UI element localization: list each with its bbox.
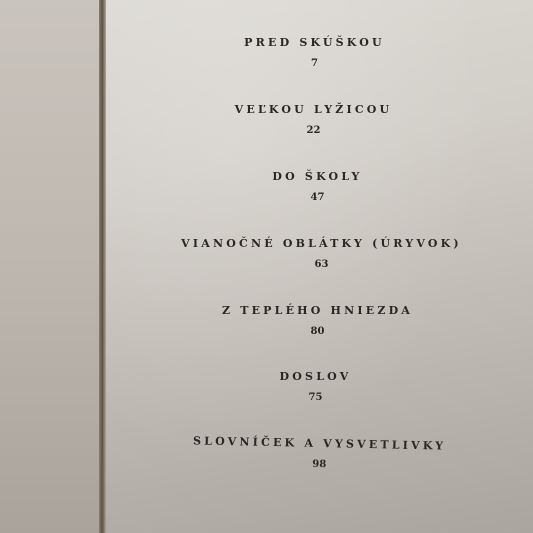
- left-page: [0, 0, 102, 533]
- toc-entry: DOSLOV 75: [102, 370, 529, 403]
- toc-entry-title: VEĽKOU LYŽICOU: [100, 103, 527, 116]
- toc-entry: Z TEPLÉHO HNIEZDA 80: [104, 304, 531, 337]
- toc-entry: DO ŠKOLY 47: [104, 170, 531, 203]
- toc-entry-page: 7: [101, 58, 528, 69]
- toc-entry-page: 80: [104, 326, 531, 337]
- toc-entry-page: 63: [108, 259, 533, 270]
- toc-entry-page: 47: [104, 192, 531, 203]
- toc-entry-title: VIANOČNÉ OBLÁTKY (ÚRYVOK): [108, 237, 533, 250]
- toc-entry-page: 75: [102, 392, 529, 403]
- toc-entry-page: 98: [106, 455, 533, 475]
- toc-entry: SLOVNÍČEK A VYSVETLIVKY 98: [106, 433, 533, 475]
- toc-entry-title: SLOVNÍČEK A VYSVETLIVKY: [106, 433, 533, 455]
- toc-entry: VIANOČNÉ OBLÁTKY (ÚRYVOK) 63: [108, 237, 533, 270]
- toc-entry-title: DOSLOV: [102, 370, 529, 383]
- toc-entry: VEĽKOU LYŽICOU 22: [100, 103, 527, 136]
- toc-entry-title: PRED SKÚŠKOU: [101, 36, 528, 49]
- toc-entry-title: DO ŠKOLY: [104, 170, 531, 183]
- toc-entry-title: Z TEPLÉHO HNIEZDA: [104, 304, 531, 317]
- toc-entry: PRED SKÚŠKOU 7: [101, 36, 528, 69]
- right-page-contents: PRED SKÚŠKOU 7 VEĽKOU LYŽICOU 22 DO ŠKOL…: [106, 0, 533, 533]
- book-spread-photo: PRED SKÚŠKOU 7 VEĽKOU LYŽICOU 22 DO ŠKOL…: [0, 0, 533, 533]
- toc-entry-page: 22: [100, 125, 527, 136]
